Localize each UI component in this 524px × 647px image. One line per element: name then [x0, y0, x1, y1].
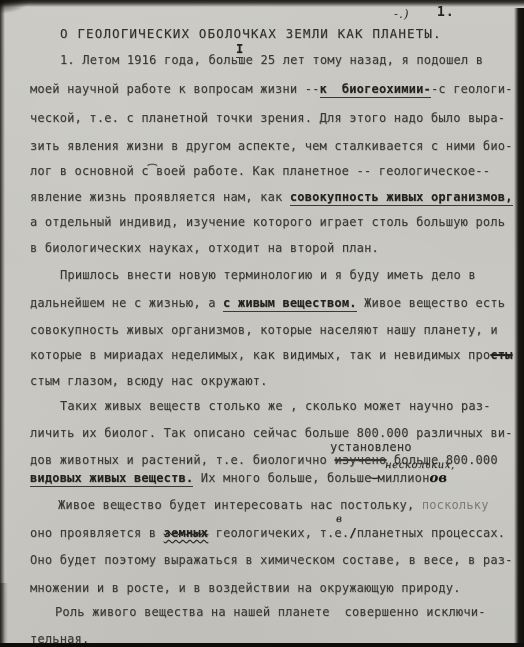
- text-segment: которые в мириадах неделимых, как видимы…: [30, 348, 490, 362]
- text-line: которые в мириадах неделимых, как видимы…: [30, 347, 513, 363]
- scan-edge-right: [514, 8, 524, 643]
- text-line: Таких живых веществ столько же , сколько…: [60, 398, 491, 414]
- typed-insertion: установлено: [330, 439, 412, 455]
- text-line: Роль живого вещества на нашей планете со…: [55, 604, 486, 620]
- text-line: стым глазом, всюду нас окружают.: [30, 373, 268, 389]
- text-line: явление жизнь проявляется нам, как совок…: [30, 189, 513, 205]
- text-line: множении и в росте, и в воздействии на о…: [30, 580, 461, 596]
- text-segment: моей научной работе к вопросам жизни --: [30, 82, 320, 96]
- text-line: моей научной работе к вопросам жизни --к…: [30, 81, 513, 97]
- text-segment: изучено: [334, 453, 386, 467]
- handwritten-insertion: нескольких,: [385, 458, 455, 474]
- text-segment: сты: [490, 348, 512, 362]
- text-segment: дов животных и растений, т.е. биологично: [30, 453, 334, 467]
- scan-edge-left: [0, 0, 5, 643]
- handwritten-corner-mark: -.): [394, 7, 410, 21]
- text-segment: множении и в росте, и в воздействии на о…: [30, 581, 461, 595]
- text-line: ческой, т.е. с планетной точки зрения. Д…: [30, 110, 505, 126]
- text-segment: 1. Летом 1916 года, больше 25 лет тому н…: [60, 53, 483, 67]
- handwritten-insertion: в: [336, 512, 342, 528]
- text-segment: совокупность живых организмов, которые н…: [30, 323, 498, 337]
- text-segment: явление жизнь проявляется нам, как: [30, 190, 290, 204]
- text-line: тельная.: [30, 631, 89, 643]
- text-line: лог в основной с͡воей работе. Как планет…: [30, 163, 490, 179]
- text-line: Оно будет поэтому выражаться в химическо…: [30, 552, 513, 568]
- text-line: личить их биолог. Так описано сейчас бол…: [30, 425, 513, 441]
- text-segment: а отдельный индивид, изучение которого и…: [30, 215, 505, 229]
- page-number: 1.: [437, 5, 455, 20]
- text-segment: оно проявляется в: [30, 526, 164, 540]
- text-segment: Роль живого вещества на нашей планете со…: [55, 605, 486, 619]
- text-segment: в биологических науках, отходит на второ…: [30, 241, 379, 255]
- text-segment: тельная.: [30, 632, 89, 643]
- text-segment: ческой, т.е. с планетной точки зрения. Д…: [30, 111, 505, 125]
- text-segment: О ГЕОЛОГИЧЕСКИХ ОБОЛОЧКАХ ЗЕМЛИ КАК ПЛАН…: [60, 26, 442, 41]
- text-segment: Их много больше, больше: [193, 471, 371, 485]
- text-segment: с живым веществом.: [223, 296, 357, 312]
- text-line: видовых живых веществ. Их много больше, …: [30, 470, 447, 487]
- text-segment: зить явления жизни в другом аспекте, чем…: [30, 139, 513, 153]
- text-segment: Оно будет поэтому выражаться в химическо…: [30, 553, 513, 567]
- scan-corner-top-left: [0, 0, 30, 14]
- text-line: 1. Летом 1916 года, больше 25 лет тому н…: [60, 52, 483, 68]
- text-segment: -с геологи-: [431, 82, 513, 96]
- text-segment: совокупность живых организмов,: [290, 190, 513, 206]
- scan-corner-bottom-left: [0, 583, 8, 643]
- text-line: совокупность живых организмов, которые н…: [30, 322, 498, 338]
- page: -.) 1. О ГЕОЛОГИЧЕСКИХ ОБОЛОЧКАХ ЗЕМЛИ К…: [0, 0, 524, 643]
- text-segment: Живое вещество будет интересовать нас по…: [58, 498, 422, 512]
- text-line: оно проявляется в земных геологичеких, т…: [30, 525, 505, 541]
- text-segment: личить их биолог. Так описано сейчас бол…: [30, 426, 513, 440]
- text-line: а отдельный индивид, изучение которого и…: [30, 214, 505, 230]
- document-title: О ГЕОЛОГИЧЕСКИХ ОБОЛОЧКАХ ЗЕМЛИ КАК ПЛАН…: [60, 26, 442, 42]
- text-segment: земных: [164, 526, 209, 540]
- text-segment: к биогеохимии-: [320, 82, 431, 98]
- text-segment: поскольку: [422, 498, 489, 512]
- text-segment: дальнейшем не с жизнью, а: [30, 296, 223, 310]
- text-segment: Таких живых веществ столько же , сколько…: [60, 399, 491, 413]
- text-line: дальнейшем не с жизнью, а с живым вещест…: [30, 295, 505, 311]
- text-segment: Живое вещество есть: [357, 296, 506, 310]
- text-segment: стым глазом, всюду нас окружают.: [30, 374, 268, 388]
- text-segment: планетных процессах.: [357, 526, 506, 540]
- text-line: Пришлось внести новую терминологию и я б…: [60, 267, 476, 283]
- text-segment: Пришлось внести новую терминологию и я б…: [60, 268, 476, 282]
- text-segment: /: [349, 526, 356, 540]
- scan-edge-top: [0, 0, 524, 7]
- text-line: зить явления жизни в другом аспекте, чем…: [30, 138, 513, 154]
- handwritten-caret: (: [367, 474, 383, 480]
- text-segment: видовых живых веществ.: [30, 471, 193, 487]
- text-line: Живое вещество будет интересовать нас по…: [58, 497, 489, 513]
- text-line: в биологических науках, отходит на второ…: [30, 240, 379, 256]
- text-segment: геологичеких, т.е.: [208, 526, 349, 540]
- text-segment: лог в основной с͡воей работе. Как планет…: [30, 164, 490, 178]
